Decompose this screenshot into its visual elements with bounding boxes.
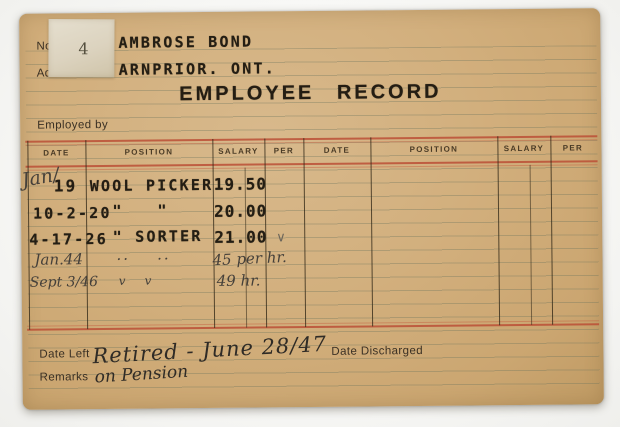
cents-divider bbox=[530, 165, 533, 325]
column-header-date-2: DATE bbox=[303, 145, 370, 155]
column-header-position-1: POSITION bbox=[85, 147, 212, 157]
row-salary: 19.50 bbox=[214, 174, 267, 194]
column-header-per-1: PER bbox=[264, 146, 303, 155]
employee-address: ARNPRIOR. ONT. bbox=[119, 59, 276, 79]
column-header-salary-2: SALARY bbox=[497, 144, 550, 154]
row-salary: 20.00 bbox=[214, 201, 267, 221]
column-header-position-2: POSITION bbox=[370, 144, 497, 154]
scanned-photo-background: No. Address 4 AMBROSE BOND ARNPRIOR. ONT… bbox=[0, 0, 620, 427]
row-salary-handwritten: 49 hr. bbox=[217, 271, 261, 289]
row-salary: 21.00 bbox=[214, 227, 267, 247]
date-discharged-label: Date Discharged bbox=[331, 345, 423, 358]
row-position-ditto-handwritten: v v bbox=[119, 274, 152, 288]
card-title: EMPLOYEE RECORD bbox=[20, 79, 601, 108]
row-date-handwritten: Sept 3/46 bbox=[30, 274, 99, 291]
employed-by-label: Employed by bbox=[37, 119, 108, 132]
row-per-checkmark: ∨ bbox=[276, 230, 286, 245]
row-position-ditto: " " bbox=[90, 201, 169, 220]
row-salary-handwritten: 45 per hr. bbox=[212, 248, 287, 269]
column-header-per-2: PER bbox=[550, 143, 595, 152]
date-left-value: Retired - June 28/47 bbox=[92, 332, 328, 368]
column-header-date-1: DATE bbox=[27, 148, 85, 158]
date-left-label: Date Left bbox=[39, 348, 89, 360]
employee-record-card: No. Address 4 AMBROSE BOND ARNPRIOR. ONT… bbox=[19, 8, 604, 410]
row-date-handwritten: Jan.44 bbox=[34, 250, 83, 268]
number-sticker: 4 bbox=[48, 19, 114, 77]
remarks-label: Remarks bbox=[40, 371, 89, 383]
row-position: " SORTER bbox=[90, 227, 202, 246]
row-date: 19 bbox=[54, 176, 78, 195]
row-position: WOOL PICKER bbox=[90, 176, 214, 195]
column-header-salary-1: SALARY bbox=[212, 146, 264, 155]
employee-name: AMBROSE BOND bbox=[118, 33, 253, 52]
sticker-number: 4 bbox=[78, 39, 88, 58]
record-table: DATE POSITION SALARY PER DATE POSITION S… bbox=[25, 135, 599, 330]
row-position-ditto-handwritten: .. .. bbox=[116, 245, 170, 264]
